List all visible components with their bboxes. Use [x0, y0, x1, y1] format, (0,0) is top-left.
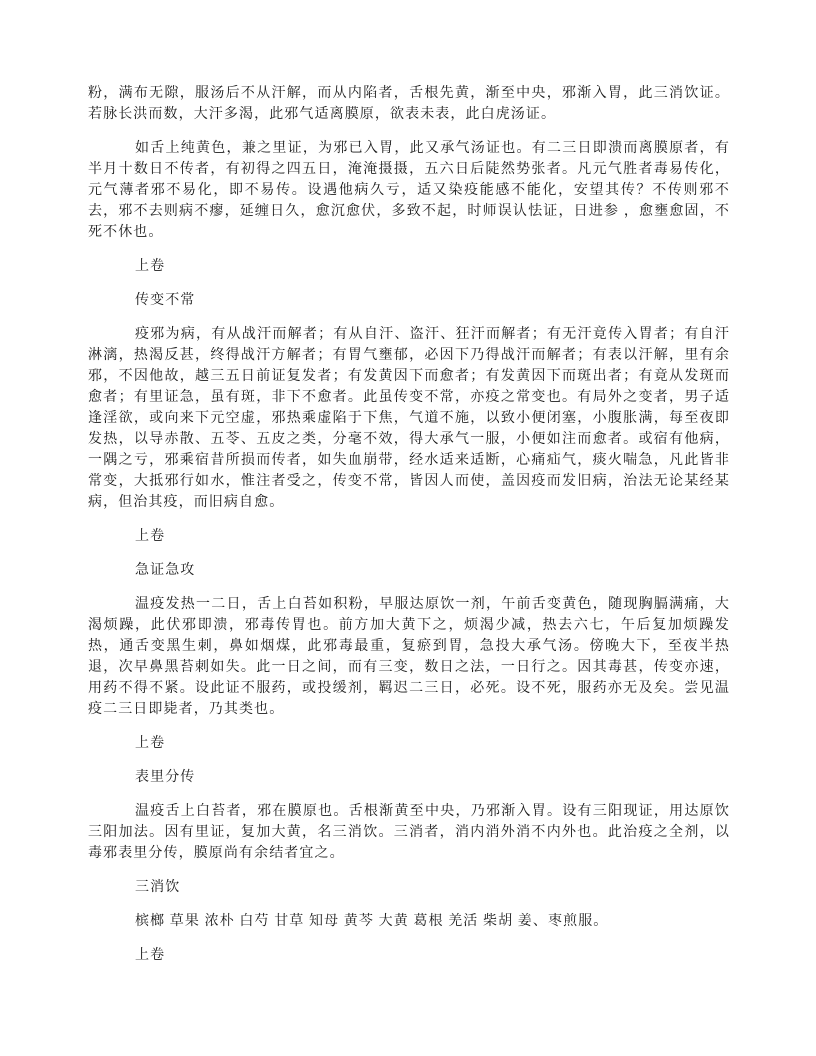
chapter-label: 上卷 [88, 945, 730, 966]
document-page: 粉，满布无隙，服汤后不从汗解，而从内陷者，舌根先黄，渐至中央，邪渐入胃，此三消饮… [0, 0, 816, 1056]
body-paragraph: 如舌上纯黄色，兼之里证，为邪已入胃，此又承气汤证也。有二三日即溃而离膜原者，有半… [88, 138, 730, 243]
section-title-jizheng-jigong: 急证急攻 [88, 560, 730, 581]
chapter-label: 上卷 [88, 256, 730, 277]
body-paragraph: 疫邪为病，有从战汗而解者；有从自汗、盗汗、狂汗而解者；有无汗竟传入胃者；有自汗淋… [88, 324, 730, 513]
section-title-biaoli-fenchuan: 表里分传 [88, 767, 730, 788]
formula-ingredients: 槟榔 草果 浓朴 白芍 甘草 知母 黄芩 大黄 葛根 羌活 柴胡 姜、枣煎服。 [88, 911, 730, 932]
formula-title-sanxiaoyin: 三消饮 [88, 877, 730, 898]
chapter-label: 上卷 [88, 733, 730, 754]
body-paragraph: 温疫舌上白苔者，邪在膜原也。舌根渐黄至中央，乃邪渐入胃。设有三阳现证，用达原饮三… [88, 801, 730, 864]
body-paragraph: 温疫发热一二日，舌上白苔如积粉，早服达原饮一剂，午前舌变黄色，随现胸膈满痛，大渴… [88, 594, 730, 720]
body-paragraph-continuation: 粉，满布无隙，服汤后不从汗解，而从内陷者，舌根先黄，渐至中央，邪渐入胃，此三消饮… [88, 83, 730, 125]
chapter-label: 上卷 [88, 526, 730, 547]
section-title-chuanbian-buchang: 传变不常 [88, 290, 730, 311]
